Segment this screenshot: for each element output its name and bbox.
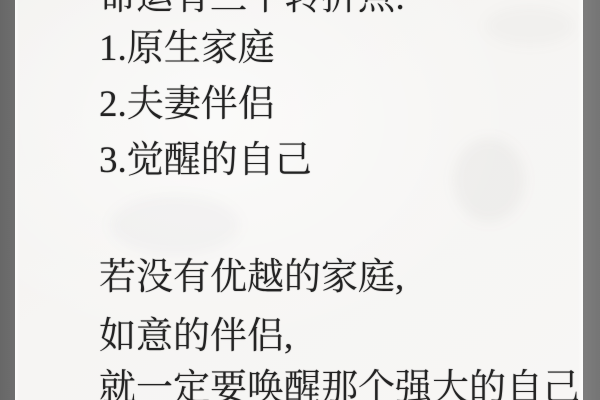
page-background: 命运有三个转折点: 1.原生家庭 2.夫妻伴侣 3.觉醒的自己 若没有优越的家庭… (15, 0, 583, 400)
text-line-paragraph-1: 若没有优越的家庭, (99, 259, 404, 296)
right-letterbox-bar (583, 0, 600, 400)
text-line-list-item-3: 3.觉醒的自己 (99, 142, 312, 179)
text-line-title-cropped: 命运有三个转折点: (99, 0, 405, 16)
page-left-edge-highlight (15, 0, 19, 400)
text-line-list-item-2: 2.夫妻伴侣 (99, 86, 275, 123)
left-letterbox-bar (0, 0, 15, 400)
faint-watermark-smudge (485, 6, 575, 46)
faint-watermark-smudge (453, 138, 525, 222)
text-line-list-item-1: 1.原生家庭 (99, 30, 275, 67)
photo-of-text-page: 命运有三个转折点: 1.原生家庭 2.夫妻伴侣 3.觉醒的自己 若没有优越的家庭… (0, 0, 600, 400)
text-line-paragraph-3-cropped: 就一定要唤醒那个强大的自己 (99, 370, 580, 400)
faint-watermark-smudge (110, 195, 240, 255)
text-line-paragraph-2: 如意的伴侣, (99, 318, 293, 355)
